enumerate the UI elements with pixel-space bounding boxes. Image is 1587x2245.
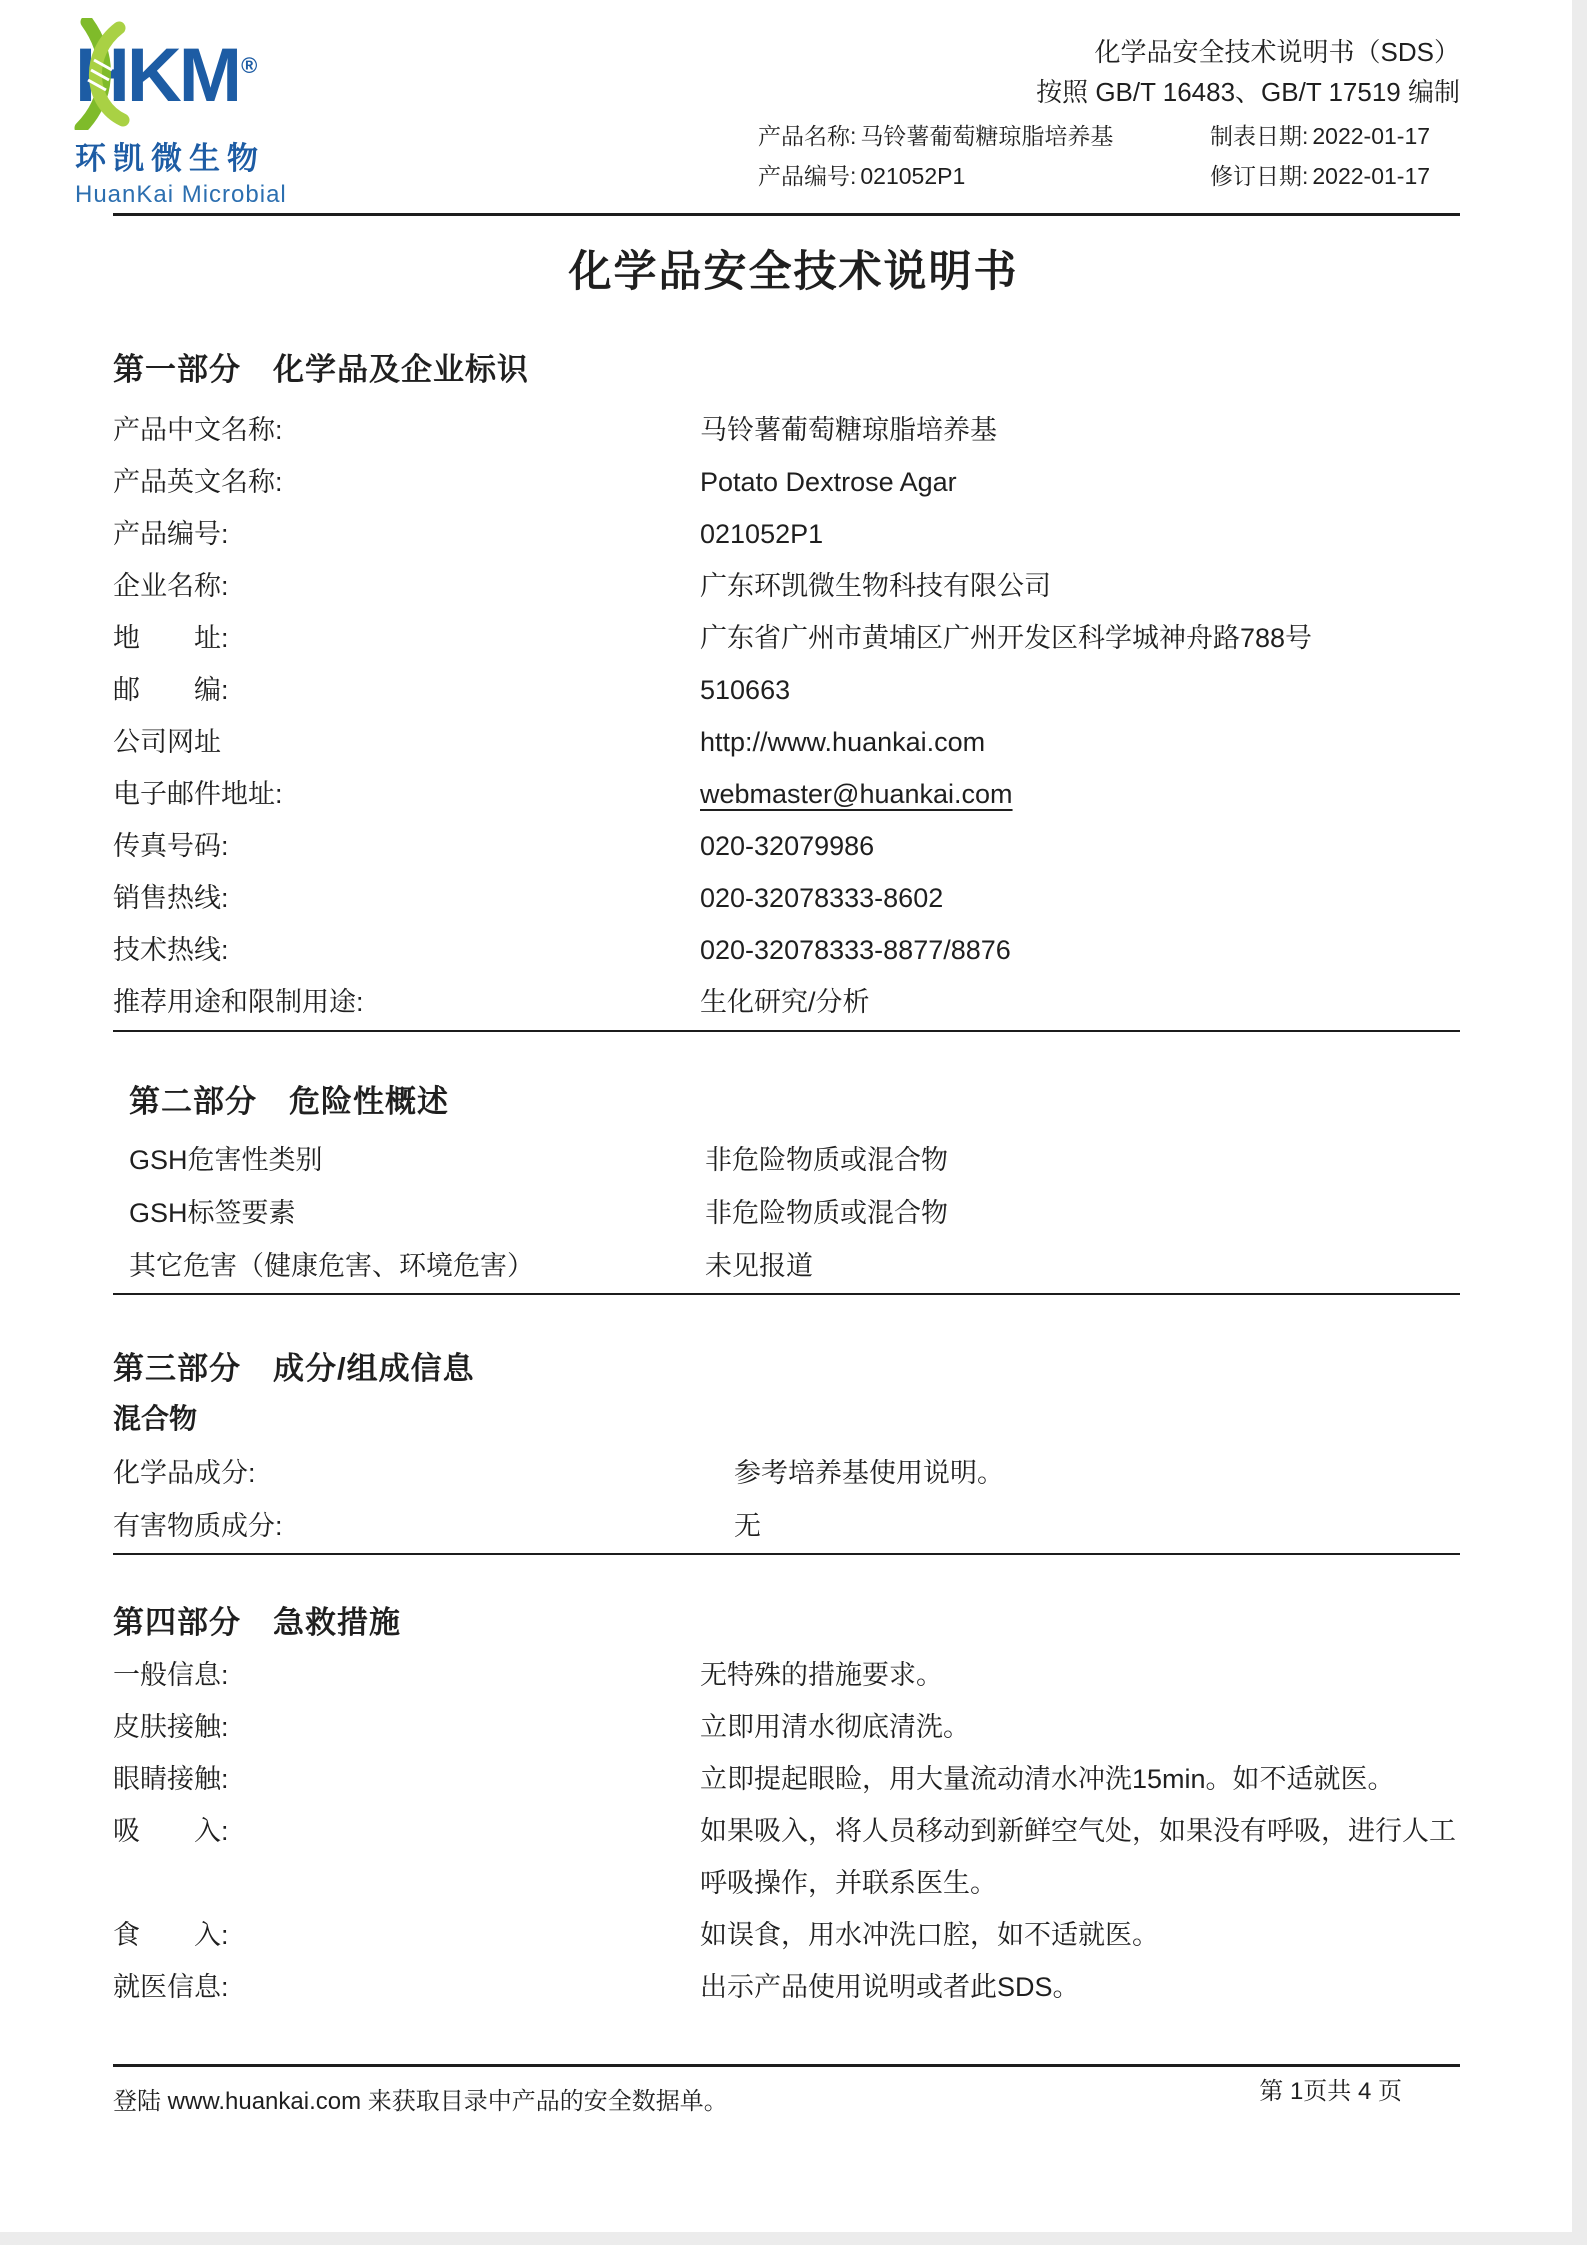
email-link[interactable]: webmaster@huankai.com xyxy=(700,768,1460,820)
doc-type-title: 化学品安全技术说明书（SDS） xyxy=(758,32,1460,72)
field-value: 马铃薯葡萄糖琼脂培养基 xyxy=(700,404,1460,456)
field-value: 021052P1 xyxy=(700,508,1460,560)
product-code-label: 产品编号: xyxy=(758,163,856,189)
field-label: GSH标签要素 xyxy=(129,1187,705,1240)
row-eye-contact: 眼睛接触:立即提起眼睑，用大量流动清水冲洗15min。如不适就医。 xyxy=(113,1753,1460,1805)
row-sales-hotline: 销售热线:020-32078333-8602 xyxy=(113,872,1460,924)
row-product-english-name: 产品英文名称:Potato Dextrose Agar xyxy=(113,456,1460,508)
row-company-name: 企业名称:广东环凯微生物科技有限公司 xyxy=(113,560,1460,612)
section-4-heading: 第四部分 急救措施 xyxy=(113,1605,1460,1641)
section-identification: 第一部分 化学品及企业标识 产品中文名称:马铃薯葡萄糖琼脂培养基 产品英文名称:… xyxy=(113,352,1460,1032)
field-value: 无特殊的措施要求。 xyxy=(700,1649,1460,1701)
standard-reference: 按照 GB/T 16483、GB/T 17519 编制 xyxy=(758,72,1460,112)
row-product-code: 产品编号:021052P1 xyxy=(113,508,1460,560)
product-name-cell: 产品名称:马铃薯葡萄糖琼脂培养基 xyxy=(758,116,1210,156)
header-divider xyxy=(113,213,1460,216)
row-website: 公司网址http://www.huankai.com xyxy=(113,716,1460,768)
field-label: 化学品成分: xyxy=(113,1447,734,1500)
field-label: 电子邮件地址: xyxy=(113,768,700,820)
field-label: 产品英文名称: xyxy=(113,456,700,508)
logo-brand-text: HKM xyxy=(75,33,239,118)
logo-chinese-name: 环凯微生物 xyxy=(75,137,305,181)
section-first-aid: 第四部分 急救措施 一般信息:无特殊的措施要求。 皮肤接触:立即用清水彻底清洗。… xyxy=(113,1605,1460,2013)
row-other-hazards: 其它危害（健康危害、环境危害）未见报道 xyxy=(129,1240,1460,1293)
website-url: http://www.huankai.com xyxy=(700,716,1460,768)
row-gsh-hazard-class: GSH危害性类别非危险物质或混合物 xyxy=(129,1134,1460,1187)
sds-document-page: HKM® 环凯微生物 HuanKai Microbial 化学品安全技术说明书（… xyxy=(0,0,1587,2245)
field-label: 产品编号: xyxy=(113,508,700,560)
field-value: 非危险物质或混合物 xyxy=(705,1134,1460,1187)
product-code-cell: 产品编号:021052P1 xyxy=(758,156,1210,196)
row-medical-advice: 就医信息:出示产品使用说明或者此SDS。 xyxy=(113,1961,1460,2013)
field-label: 公司网址 xyxy=(113,716,700,768)
field-label: 皮肤接触: xyxy=(113,1701,700,1753)
field-value: 参考培养基使用说明。 xyxy=(734,1447,1460,1500)
field-value: 020-32079986 xyxy=(700,820,1460,872)
created-date-value: 2022-01-17 xyxy=(1312,123,1430,149)
row-address: 地 址:广东省广州市黄埔区广州开发区科学城神舟路788号 xyxy=(113,612,1460,664)
row-product-chinese-name: 产品中文名称:马铃薯葡萄糖琼脂培养基 xyxy=(113,404,1460,456)
field-label: 企业名称: xyxy=(113,560,700,612)
field-label: 食 入: xyxy=(113,1909,700,1961)
row-recommended-use: 推荐用途和限制用途:生化研究/分析 xyxy=(113,976,1460,1028)
hkm-logo: HKM® 环凯微生物 HuanKai Microbial xyxy=(75,26,305,209)
field-value: 无 xyxy=(734,1500,1460,1553)
row-email: 电子邮件地址:webmaster@huankai.com xyxy=(113,768,1460,820)
field-value: 生化研究/分析 xyxy=(700,976,1460,1028)
page-number: 第 1页共 4 页 xyxy=(1259,2071,1402,2106)
field-value: 立即用清水彻底清洗。 xyxy=(700,1701,1460,1753)
page-edge-bottom xyxy=(0,2232,1587,2245)
field-label: 产品中文名称: xyxy=(113,404,700,456)
field-label: 地 址: xyxy=(113,612,700,664)
product-name-label: 产品名称: xyxy=(758,123,856,149)
field-value: 如果吸入，将人员移动到新鲜空气处，如果没有呼吸，进行人工呼吸操作，并联系医生。 xyxy=(700,1805,1460,1909)
field-label: 其它危害（健康危害、环境危害） xyxy=(129,1240,705,1293)
row-tech-hotline: 技术热线:020-32078333-8877/8876 xyxy=(113,924,1460,976)
logo-mark: HKM® xyxy=(75,26,305,137)
section-divider xyxy=(113,1030,1460,1032)
field-value: 广东环凯微生物科技有限公司 xyxy=(700,560,1460,612)
field-value: 未见报道 xyxy=(705,1240,1460,1293)
field-label: 一般信息: xyxy=(113,1649,700,1701)
field-value: 020-32078333-8877/8876 xyxy=(700,924,1460,976)
field-value: 立即提起眼睑，用大量流动清水冲洗15min。如不适就医。 xyxy=(700,1753,1460,1805)
row-ingestion: 食 入:如误食，用水冲洗口腔，如不适就医。 xyxy=(113,1909,1460,1961)
header-meta-grid: 产品名称:马铃薯葡萄糖琼脂培养基 制表日期:2022-01-17 产品编号:02… xyxy=(758,116,1460,196)
section-1-rows: 产品中文名称:马铃薯葡萄糖琼脂培养基 产品英文名称:Potato Dextros… xyxy=(113,404,1460,1028)
field-value: 020-32078333-8602 xyxy=(700,872,1460,924)
page-edge-right xyxy=(1572,0,1587,2245)
field-label: 推荐用途和限制用途: xyxy=(113,976,700,1028)
field-label: 有害物质成分: xyxy=(113,1500,734,1553)
row-hazardous-components: 有害物质成分:无 xyxy=(113,1500,1460,1553)
field-label: 技术热线: xyxy=(113,924,700,976)
field-value: 出示产品使用说明或者此SDS。 xyxy=(700,1961,1460,2013)
row-chemical-composition: 化学品成分:参考培养基使用说明。 xyxy=(113,1447,1460,1500)
row-gsh-label-elements: GSH标签要素非危险物质或混合物 xyxy=(129,1187,1460,1240)
logo-english-name: HuanKai Microbial xyxy=(75,181,305,209)
section-3-rows: 化学品成分:参考培养基使用说明。 有害物质成分:无 xyxy=(113,1447,1460,1553)
product-name-value: 马铃薯葡萄糖琼脂培养基 xyxy=(860,123,1113,149)
row-general-info: 一般信息:无特殊的措施要求。 xyxy=(113,1649,1460,1701)
footer-note: 登陆 www.huankai.com 来获取目录中产品的安全数据单。 xyxy=(113,2081,728,2116)
field-label: 吸 入: xyxy=(113,1805,700,1909)
field-value: 广东省广州市黄埔区广州开发区科学城神舟路788号 xyxy=(700,612,1460,664)
section-composition: 第三部分 成分/组成信息 混合物 化学品成分:参考培养基使用说明。 有害物质成分… xyxy=(113,1351,1460,1555)
footer-row: 登陆 www.huankai.com 来获取目录中产品的安全数据单。 第 1页共… xyxy=(113,2067,1460,2116)
revised-date-cell: 修订日期:2022-01-17 xyxy=(1210,156,1460,196)
page-header: HKM® 环凯微生物 HuanKai Microbial 化学品安全技术说明书（… xyxy=(0,0,1587,209)
section-3-heading: 第三部分 成分/组成信息 xyxy=(113,1351,1460,1387)
section-4-rows: 一般信息:无特殊的措施要求。 皮肤接触:立即用清水彻底清洗。 眼睛接触:立即提起… xyxy=(113,1649,1460,2013)
section-divider xyxy=(113,1553,1460,1555)
page-footer: 登陆 www.huankai.com 来获取目录中产品的安全数据单。 第 1页共… xyxy=(113,2064,1460,2116)
field-value: 非危险物质或混合物 xyxy=(705,1187,1460,1240)
row-fax: 传真号码:020-32079986 xyxy=(113,820,1460,872)
field-value: 510663 xyxy=(700,664,1460,716)
revised-date-value: 2022-01-17 xyxy=(1312,163,1430,189)
row-skin-contact: 皮肤接触:立即用清水彻底清洗。 xyxy=(113,1701,1460,1753)
section-2-rows: GSH危害性类别非危险物质或混合物 GSH标签要素非危险物质或混合物 其它危害（… xyxy=(129,1134,1460,1293)
created-date-label: 制表日期: xyxy=(1210,123,1308,149)
field-label: GSH危害性类别 xyxy=(129,1134,705,1187)
field-label: 就医信息: xyxy=(113,1961,700,2013)
row-postcode: 邮 编:510663 xyxy=(113,664,1460,716)
field-label: 眼睛接触: xyxy=(113,1753,700,1805)
field-value: 如误食，用水冲洗口腔，如不适就医。 xyxy=(700,1909,1460,1961)
field-value: Potato Dextrose Agar xyxy=(700,456,1460,508)
page-title: 化学品安全技术说明书 xyxy=(0,244,1587,300)
registered-trademark-icon: ® xyxy=(241,53,257,78)
header-meta: 化学品安全技术说明书（SDS） 按照 GB/T 16483、GB/T 17519… xyxy=(758,26,1460,196)
field-label: 邮 编: xyxy=(113,664,700,716)
field-label: 传真号码: xyxy=(113,820,700,872)
section-hazard-overview: 第二部分 危险性概述 GSH危害性类别非危险物质或混合物 GSH标签要素非危险物… xyxy=(113,1084,1460,1295)
document-body: 第一部分 化学品及企业标识 产品中文名称:马铃薯葡萄糖琼脂培养基 产品英文名称:… xyxy=(0,352,1587,2013)
section-2-heading: 第二部分 危险性概述 xyxy=(129,1084,1460,1120)
field-label: 销售热线: xyxy=(113,872,700,924)
section-1-heading: 第一部分 化学品及企业标识 xyxy=(113,352,1460,388)
product-code-value: 021052P1 xyxy=(860,163,965,189)
mixture-subheading: 混合物 xyxy=(113,1393,1460,1445)
revised-date-label: 修订日期: xyxy=(1210,163,1308,189)
created-date-cell: 制表日期:2022-01-17 xyxy=(1210,116,1460,156)
section-divider xyxy=(113,1293,1460,1295)
row-inhalation: 吸 入:如果吸入，将人员移动到新鲜空气处，如果没有呼吸，进行人工呼吸操作，并联系… xyxy=(113,1805,1460,1909)
